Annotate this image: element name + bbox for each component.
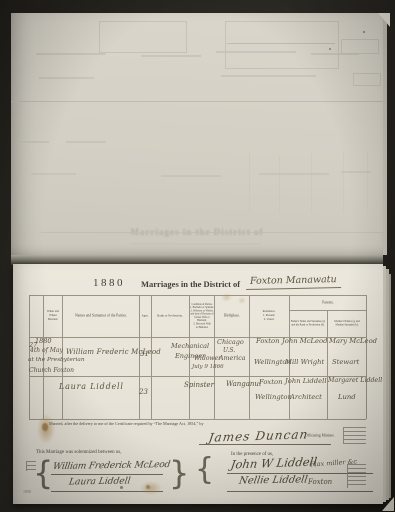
- dark-speck: [329, 48, 331, 50]
- bride-father-name: John Liddell: [285, 378, 327, 385]
- groom-signature-line: [51, 474, 163, 475]
- faint-text-smudge: [31, 173, 76, 175]
- groom-age: 31: [140, 351, 149, 358]
- marriage-register-page: 1880 Marriages in the District of Foxton…: [13, 264, 383, 504]
- groom-father-rank: Mill Wright: [285, 359, 324, 366]
- faint-box: [341, 39, 379, 54]
- groom-father-name: John McLeod: [282, 338, 327, 345]
- stain: [221, 293, 232, 302]
- col-header-text: or Husband.: [189, 326, 213, 329]
- col-header-condition: Condition of Parties. 1. Bachelor or Spi…: [189, 295, 214, 337]
- bride-residence-present: Foxton: [259, 379, 282, 386]
- faint-text-smudge: [216, 51, 296, 53]
- entry-place-line2: Church Foxton: [29, 368, 74, 374]
- faint-box: [99, 21, 187, 53]
- bride-residence-usual: Wellington: [255, 394, 292, 401]
- dark-speck: [363, 31, 365, 33]
- groom-condition-line1: Widower: [194, 356, 221, 362]
- faint-rule: [41, 232, 383, 233]
- faint-box: [353, 73, 381, 86]
- stain: [140, 481, 162, 495]
- col-header-when-where: When and Where Married.: [43, 295, 62, 337]
- faint-text-smudge: [221, 75, 316, 77]
- faint-column-line: [367, 153, 368, 211]
- brace-right-icon: }: [169, 456, 189, 490]
- page-edge: [389, 274, 391, 498]
- page-edge: [383, 15, 387, 255]
- district-name-handwritten: Foxton Manawatu: [246, 275, 341, 289]
- col-header-text: Birthplace.: [214, 314, 249, 319]
- groom-condition-line2: July 9 1866: [192, 365, 224, 371]
- faint-line: [227, 43, 335, 44]
- dark-speck: [120, 486, 123, 489]
- bride-age: 23: [139, 389, 148, 396]
- col-header-text: Maiden Surname (b).: [328, 324, 365, 327]
- col-header-text: former Wife or Husband.: [189, 316, 213, 323]
- upper-blank-page: Marriages in the District of: [11, 13, 383, 256]
- bride-mother-name: Margaret Liddell: [328, 378, 382, 384]
- faint-rule: [11, 101, 383, 102]
- groom-signature: William Frederick McLeod: [52, 461, 171, 472]
- faint-text-smudge: [66, 141, 106, 143]
- col-header-father: Father's Name and Surname (a); and his R…: [289, 310, 327, 337]
- faint-column-line: [279, 155, 280, 213]
- groom-residence-present: Foxton: [256, 338, 279, 345]
- faint-text-smudge: [36, 53, 106, 55]
- col-header-residence: Residence. 1. Present. 2. Usual.: [249, 295, 289, 337]
- entry-year: 1880: [35, 338, 52, 345]
- stain: [238, 297, 246, 304]
- bride-father-rank: Architect: [290, 394, 322, 401]
- col-header-mother: Mother's Name (a), and Maiden Surname (b…: [327, 310, 366, 337]
- presence-printed-line: In the presence of us,: [231, 451, 273, 456]
- witness2-address: Foxton: [308, 479, 332, 486]
- col-header-names: Names and Surnames of the Parties.: [62, 295, 139, 337]
- corner-notch: [378, 13, 390, 27]
- col-line: [366, 295, 367, 419]
- col-header-text: Rank or Profession.: [151, 314, 188, 318]
- faint-box: [225, 21, 339, 69]
- bride-birthplace: Wanganui: [226, 381, 261, 388]
- minister-signature-line: [199, 444, 331, 445]
- table-border-bottom: [29, 419, 366, 420]
- stain-core: [146, 485, 150, 489]
- photographed-register-book: Marriages in the District of 1880 Marria…: [0, 0, 395, 512]
- col-header-text: Parents.: [303, 300, 353, 305]
- col-header-ages: Ages.: [139, 295, 151, 337]
- witness-brace-icon: {: [195, 454, 214, 486]
- groom-birthplace-line1: Chicago: [217, 339, 244, 346]
- certificate-printed-line: Married, after the delivery to me of the…: [49, 422, 204, 426]
- faint-text-smudge: [311, 53, 359, 55]
- form-code: 1898: [23, 490, 31, 494]
- col-header-rank: Rank or Profession.: [151, 295, 189, 337]
- entry-date: 4th of May: [30, 348, 63, 354]
- fine-print-box: [343, 427, 366, 444]
- groom-mother-name: Mary McLeod: [329, 338, 377, 345]
- entry-place-line1: at the Presbyterian: [28, 358, 85, 364]
- witness2-signature: Nellie Liddell: [238, 475, 308, 486]
- faint-text-smudge: [131, 243, 261, 245]
- register-year: 1880: [93, 278, 125, 289]
- bride-name: Laura Liddell: [59, 383, 124, 391]
- groom-birthplace-line2: U.S.: [223, 348, 235, 354]
- faint-column-line: [343, 151, 344, 213]
- corner-sliver: [382, 497, 394, 511]
- witness2-line: [227, 491, 373, 492]
- faint-column-line: [311, 153, 312, 213]
- faint-column-line: [249, 153, 250, 213]
- groom-birthplace-line3: America: [219, 356, 246, 362]
- minister-label: Officiating Minister.: [305, 434, 335, 438]
- col-header-parents: Parents.: [289, 295, 366, 310]
- faint-text-smudge: [341, 171, 371, 173]
- groom-rank-line1: Mechanical: [171, 343, 209, 350]
- col-header-text: and his Rank or Profession (b).: [290, 324, 327, 327]
- bride-mother-maiden: Lund: [338, 394, 356, 401]
- minister-signature: James Duncan: [208, 428, 309, 443]
- witness1-signature: John W Liddell: [230, 457, 318, 471]
- col-header-text: 2. Usual.: [251, 318, 287, 322]
- faint-text-smudge: [259, 173, 329, 175]
- col-header-text: Ages.: [139, 314, 151, 318]
- faint-text-smudge: [39, 77, 94, 79]
- register-heading: Marriages in the District of: [141, 280, 240, 289]
- faint-text-smudge: [161, 175, 221, 177]
- bride-condition: Spinster: [184, 382, 214, 389]
- groom-mother-maiden: Stewart: [332, 359, 359, 366]
- col-header-text: Names and Surnames of the Parties.: [66, 314, 136, 319]
- brace-left-icon: {: [33, 456, 53, 490]
- faint-text-smudge: [19, 141, 49, 143]
- faint-text-smudge: [141, 55, 201, 57]
- witness-fine-print-box: [347, 464, 366, 488]
- stain-core: [42, 423, 48, 431]
- col-header-text: Married.: [43, 318, 63, 322]
